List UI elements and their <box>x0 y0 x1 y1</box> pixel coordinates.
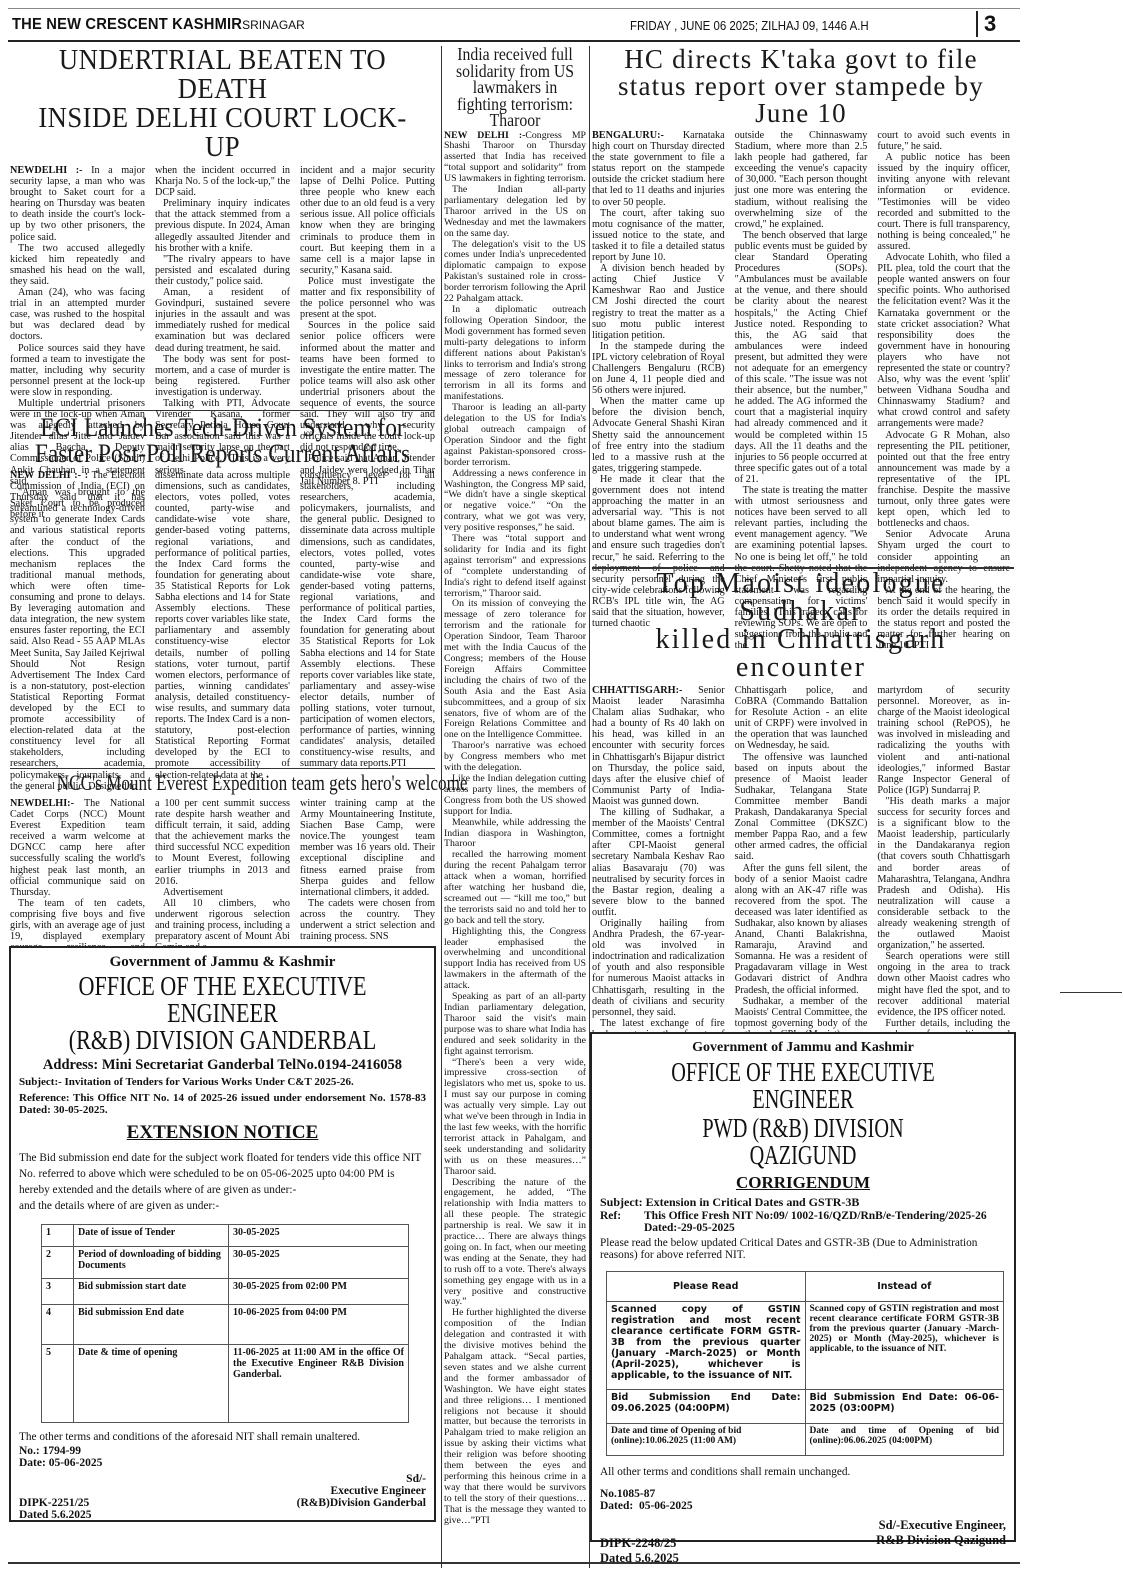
bottom-rule <box>8 1562 1020 1564</box>
article-headline: Top Maoist ideologue Sudhakar killed in … <box>592 570 1010 682</box>
ad-government: Government of Jammu and Kashmir <box>600 1040 1006 1056</box>
ad-signature: Sd/- <box>19 1473 426 1485</box>
article-ncc: NCC's Mount Everest Expedition team gets… <box>10 772 435 964</box>
table-row: Scanned copy of GSTIN registration and m… <box>607 1302 1004 1390</box>
article-column: NEWDELHI:- The National Cadet Corps (NCC… <box>10 798 145 964</box>
ad-dipk: DIPK-2248/25 <box>600 1536 679 1551</box>
newspaper-city: SRINAGAR <box>242 18 305 32</box>
article-headline: UNDERTRIAL BEATEN TO DEATH INSIDE DELHI … <box>27 46 418 162</box>
ad-subject: Subject: Extension in Critical Dates and… <box>600 1195 1006 1210</box>
newspaper-title: THE NEW CRESCENT KASHMIR <box>12 16 242 34</box>
ad-office-title: OFFICE OF THE EXECUTIVE ENGINEER (R&B) D… <box>56 973 390 1054</box>
article-headline: India received full solidarity from US l… <box>451 46 579 129</box>
table-row: Date and time of Opening of bid (online)… <box>607 1424 1004 1456</box>
ad-dipk-date: Dated 5.6.2025 <box>19 1509 92 1521</box>
article-body: NEW DELHI :- : The Election Commission o… <box>10 470 435 792</box>
ad-body: and the details where of are given as un… <box>19 1198 426 1214</box>
ad-signatory: Sd/-Executive Engineer, <box>876 1518 1006 1533</box>
ad-signatory: R&B Division Qazigund <box>876 1533 1006 1548</box>
masthead: THE NEW CRESCENT KASHMIR SRINAGAR FRIDAY… <box>8 8 1020 42</box>
article-eci: ECI Launches Tech-Driven System for Fast… <box>10 415 435 792</box>
ad-ganderbal-extension-notice: Government of Jammu & Kashmir OFFICE OF … <box>9 946 436 1522</box>
ad-address: Address: Mini Secretariat Ganderbal TelN… <box>19 1057 426 1074</box>
newspaper-page: THE NEW CRESCENT KASHMIR SRINAGAR FRIDAY… <box>0 0 1124 1569</box>
ad-footer: DIPK-2248/25 Dated 5.6.2025 Sd/-Executiv… <box>600 1518 1006 1566</box>
issue-date: FRIDAY , JUNE 06 2025; ZILHAJ 09, 1446 A… <box>630 18 869 33</box>
article-headline: HC directs K'taka govt to file status re… <box>592 46 1010 127</box>
ad-date: Dated: 05-06-2025 <box>600 1500 1006 1512</box>
ad-signatory: (R&B)Division Ganderbal <box>297 1497 426 1521</box>
table-header-row: Please Read Instead of <box>607 1272 1004 1302</box>
ad-terms: All other terms and conditions shall rem… <box>600 1466 1006 1478</box>
article-body: NEWDELHI:- The National Cadet Corps (NCC… <box>10 798 435 964</box>
article-column: constituency level for all stakeholders,… <box>300 470 435 792</box>
ad-government: Government of Jammu & Kashmir <box>19 954 426 971</box>
ad-body: Please read the below updated Critical D… <box>600 1237 1006 1261</box>
article-body: NEW DELHI :-Congress MP Shashi Tharoor o… <box>444 131 586 1527</box>
ad-signatory: Executive Engineer <box>19 1485 426 1497</box>
ad-reference: Reference: This Office NIT No. 14 of 202… <box>19 1092 426 1116</box>
page-number: 3 <box>976 11 996 37</box>
table-row: 1 Date of issue of Tender 30-05-2025 <box>42 1225 409 1247</box>
ad-subject: Subject:- Invitation of Tenders for Vari… <box>19 1076 426 1088</box>
divider <box>10 768 435 769</box>
table-row: 4 Bid submission End date 10-06-2025 fro… <box>42 1305 409 1345</box>
tender-schedule-table: 1 Date of issue of Tender 30-05-2025 2 P… <box>41 1224 409 1423</box>
ad-notice-title: EXTENSION NOTICE <box>19 1122 426 1144</box>
table-row: 5 Date & time of opening 11-06-2025 at 1… <box>42 1345 409 1423</box>
article-column: NEW DELHI :- : The Election Commission o… <box>10 470 145 792</box>
ad-dipk: DIPK-2251/25 <box>19 1497 92 1509</box>
table-row: 2 Period of downloading of bidding Docum… <box>42 1247 409 1279</box>
ad-number: No.: 1794-99 <box>19 1445 426 1457</box>
ad-date: Date: 05-06-2025 <box>19 1457 426 1469</box>
divider <box>1060 992 1122 993</box>
article-column: a 100 per cent summit success rate despi… <box>155 798 290 964</box>
ad-footer: DIPK-2251/25 Dated 5.6.2025 (R&B)Divisio… <box>19 1497 426 1521</box>
ad-terms: The other terms and conditions of the af… <box>19 1431 426 1443</box>
divider <box>10 410 435 411</box>
table-row: 3 Bid submission start date 30-05-2025 f… <box>42 1279 409 1305</box>
article-column: disseminate data across multiple dimensi… <box>155 470 290 792</box>
ad-notice-title: CORRIGENDUM <box>600 1173 1006 1193</box>
corrigendum-table: Please Read Instead of Scanned copy of G… <box>606 1271 1004 1456</box>
article-headline: ECI Launches Tech-Driven System for Fast… <box>31 415 414 467</box>
column-divider <box>441 46 442 1568</box>
article-hc-stampede: HC directs K'taka govt to file status re… <box>592 46 1010 651</box>
article-headline: NCC's Mount Everest Expedition team gets… <box>57 772 389 794</box>
ad-body: The Bid submission end date for the subj… <box>19 1150 426 1198</box>
article-column: winter training camp at the Army Mountai… <box>300 798 435 964</box>
ad-number: No.1085-87 <box>600 1488 1006 1500</box>
table-row: Bid Submission End Date: 09.06.2025 (04:… <box>607 1390 1004 1424</box>
article-tharoor: India received full solidarity from US l… <box>444 46 586 1527</box>
ad-office-title: OFFICE OF THE EXECUTIVE ENGINEER PWD (R&… <box>651 1059 956 1169</box>
ad-reference: Ref: This Office Fresh NIT No:09/ 1002-1… <box>600 1210 1006 1234</box>
ad-qazigund-corrigendum: Government of Jammu and Kashmir OFFICE O… <box>590 1032 1016 1542</box>
